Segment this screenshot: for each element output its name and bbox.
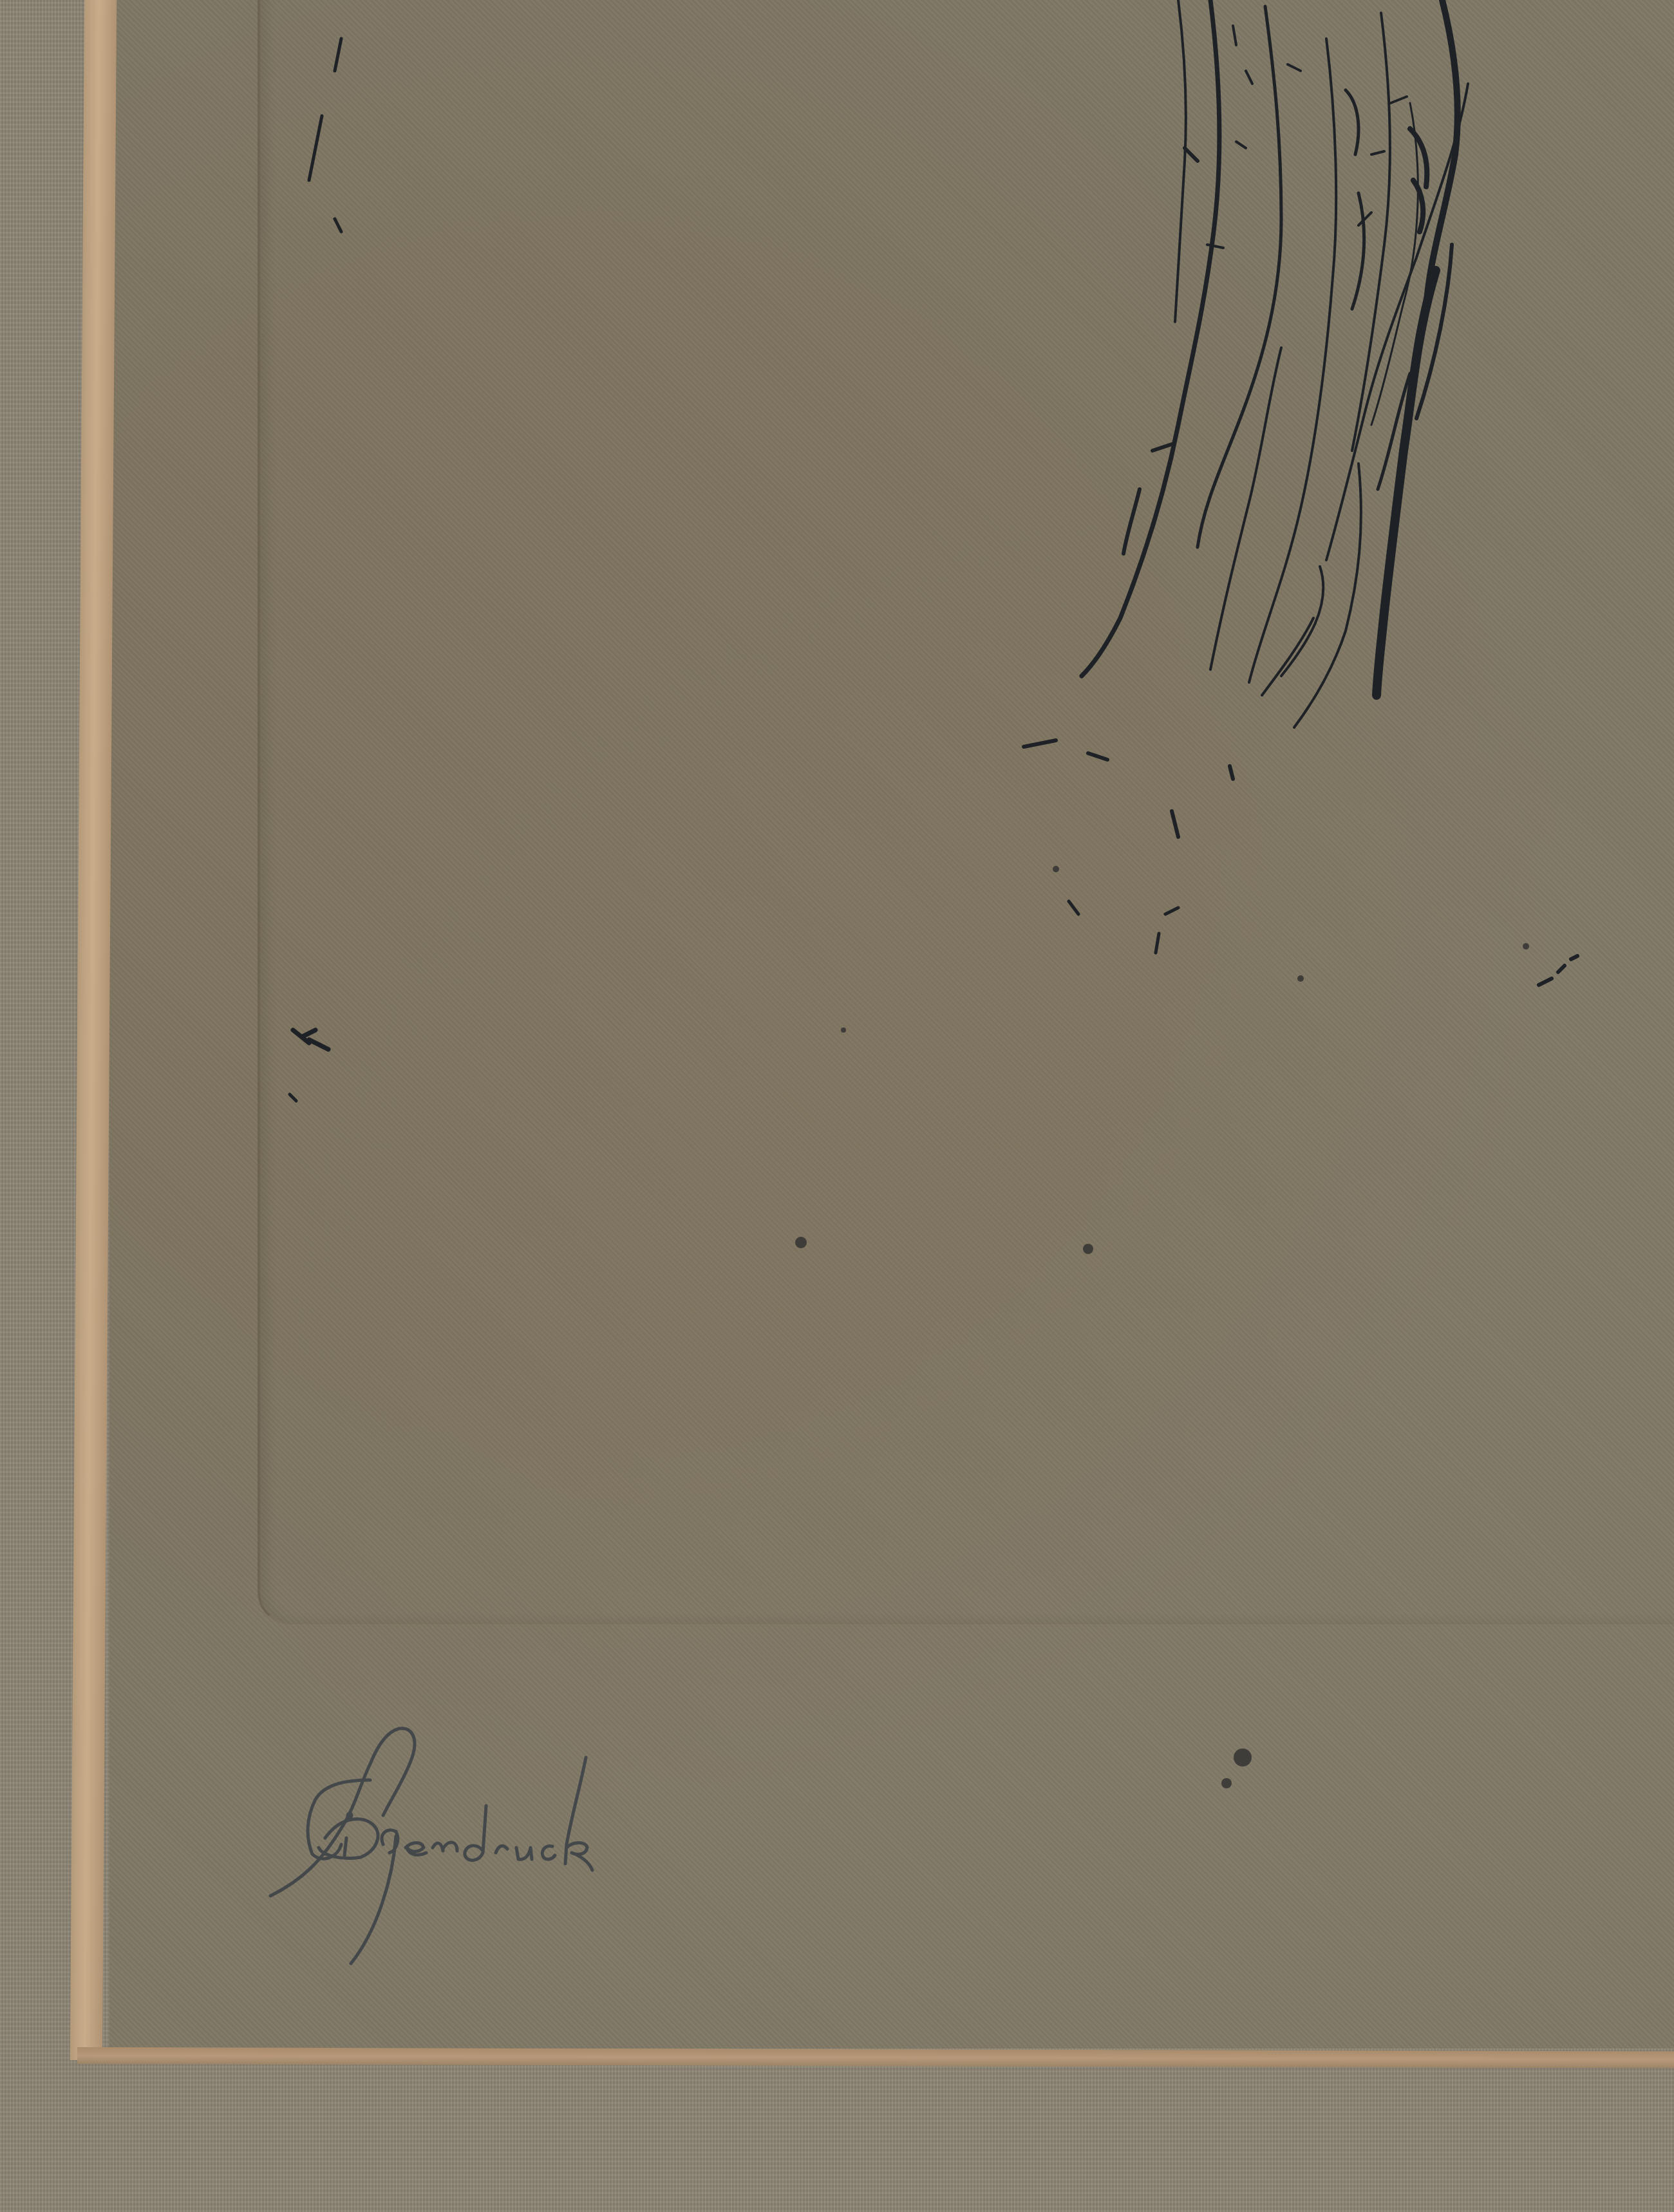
handwriting-eigendruck (264, 1687, 1165, 2021)
pencil-inscription: Eigendruck (264, 1687, 1165, 2021)
artwork-photo: Eigendruck (0, 0, 1674, 2212)
